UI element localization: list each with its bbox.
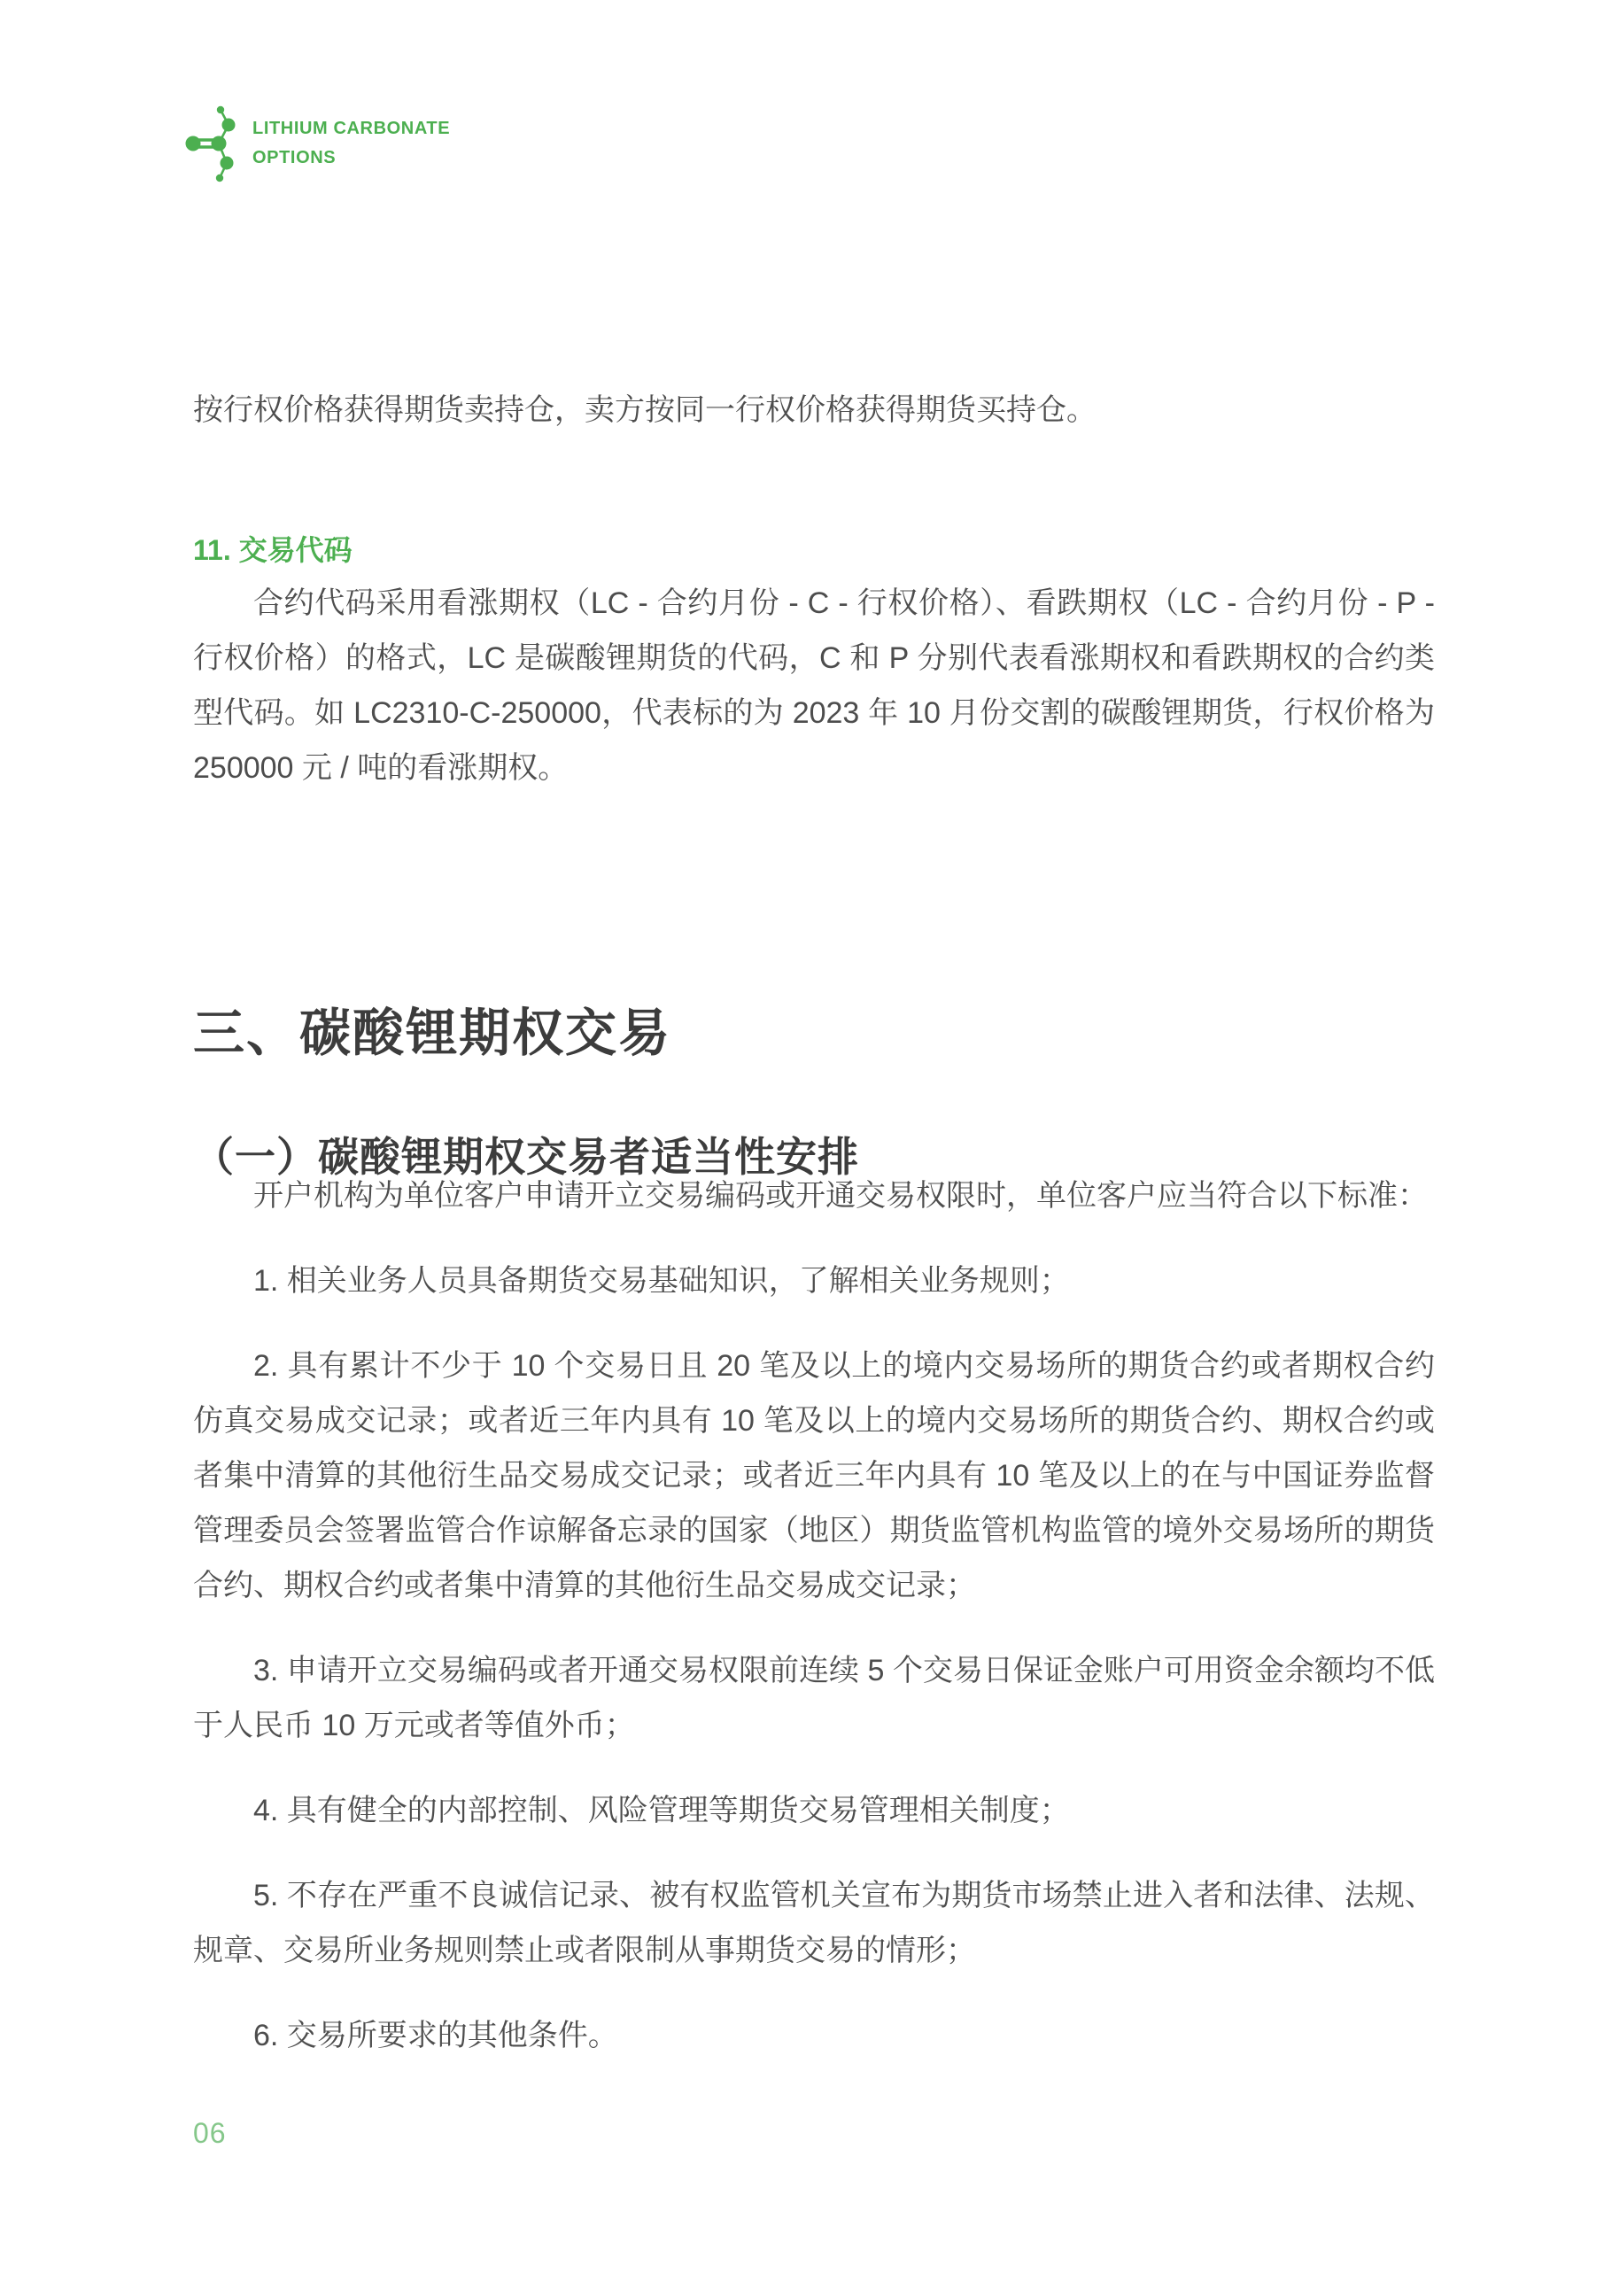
section-11-heading: 11. 交易代码: [193, 523, 1435, 578]
chapter-title: 三、碳酸锂期权交易: [193, 998, 1435, 1069]
list-item-2: 2. 具有累计不少于 10 个交易日且 20 笔及以上的境内交易场所的期货合约或…: [193, 1338, 1435, 1613]
logo-text: LITHIUM CARBONATE OPTIONS: [252, 114, 450, 173]
logo-line1: LITHIUM CARBONATE: [252, 114, 450, 143]
document-page: LITHIUM CARBONATE OPTIONS 按行权价格获得期货卖持仓，卖…: [0, 0, 1612, 2296]
list-item-3: 3. 申请开立交易编码或者开通交易权限前连续 5 个交易日保证金账户可用资金余额…: [193, 1643, 1435, 1753]
logo-line2: OPTIONS: [252, 143, 450, 173]
intro-paragraph: 开户机构为单位客户申请开立交易编码或开通交易权限时，单位客户应当符合以下标准：: [193, 1168, 1435, 1223]
molecule-icon: [182, 99, 244, 188]
list-item-4: 4. 具有健全的内部控制、风险管理等期货交易管理相关制度；: [193, 1783, 1435, 1838]
section-11-paragraph: 合约代码采用看涨期权（LC - 合约月份 - C - 行权价格）、看跌期权（LC…: [193, 576, 1435, 795]
list-item-5: 5. 不存在严重不良诚信记录、被有权监管机关宣布为期货市场禁止进入者和法律、法规…: [193, 1868, 1435, 1978]
list-item-6: 6. 交易所要求的其他条件。: [193, 2008, 1435, 2063]
requirements-block: 开户机构为单位客户申请开立交易编码或开通交易权限时，单位客户应当符合以下标准： …: [193, 1168, 1435, 2063]
logo: LITHIUM CARBONATE OPTIONS: [182, 99, 450, 188]
list-item-1: 1. 相关业务人员具备期货交易基础知识，了解相关业务规则；: [193, 1253, 1435, 1308]
continuation-paragraph: 按行权价格获得期货卖持仓，卖方按同一行权价格获得期货买持仓。: [193, 383, 1435, 438]
page-number: 06: [193, 2115, 227, 2151]
